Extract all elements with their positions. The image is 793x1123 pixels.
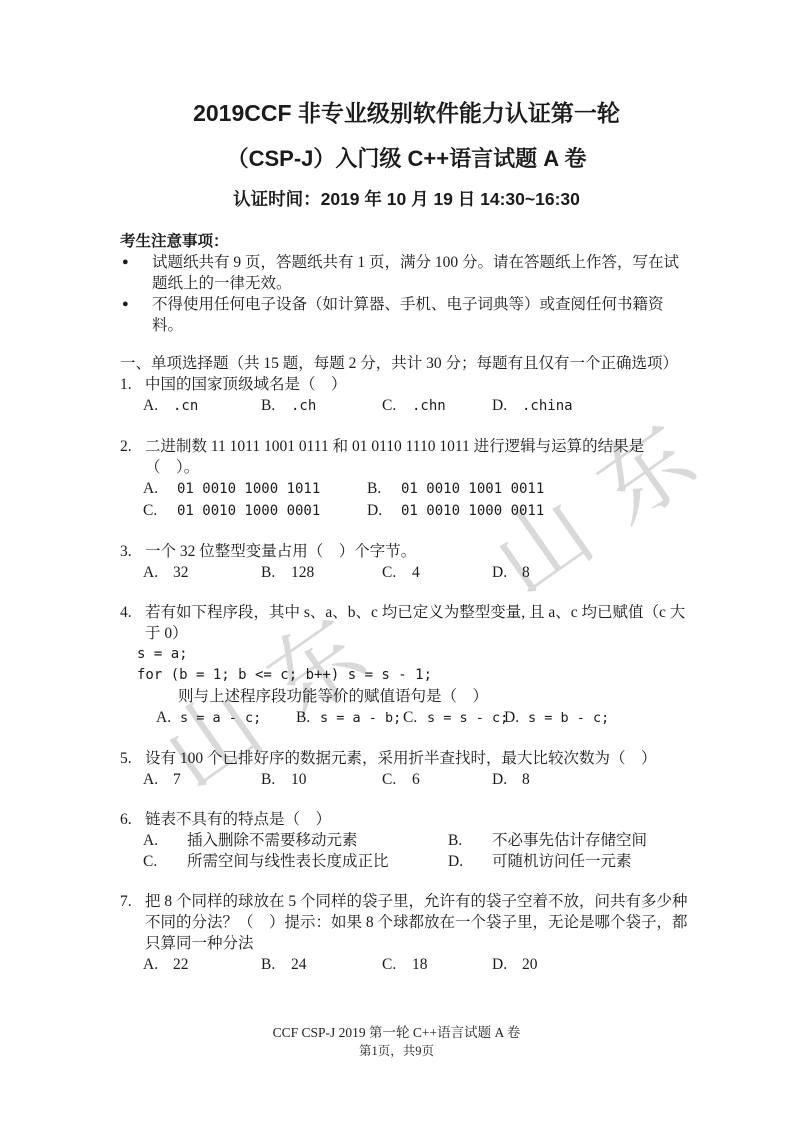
option-text: 24 <box>291 956 307 973</box>
option-text: 32 <box>173 564 189 581</box>
page-footer: CCF CSP-J 2019 第一轮 C++语言试题 A 卷 第1页，共9页 <box>0 1024 793 1060</box>
option-letter: C. <box>382 769 412 790</box>
notice-item-text: 试题纸共有 9 页，答题纸共有 1 页，满分 100 分。请在答题纸上作答，写在… <box>152 252 693 294</box>
option-b: B.10 <box>261 769 382 790</box>
question-text: 若有如下程序段，其中 s、a、b、c 均已定义为整型变量, 且 a、c 均已赋值… <box>145 602 693 644</box>
question-4: 4. 若有如下程序段，其中 s、a、b、c 均已定义为整型变量, 且 a、c 均… <box>120 602 693 729</box>
option-text: 8 <box>522 771 530 788</box>
option-d: D.8 <box>492 769 693 790</box>
option-text: 128 <box>291 564 314 581</box>
option-text: s = a - b; <box>320 710 401 726</box>
option-letter: B. <box>261 954 291 975</box>
option-text: s = a - c; <box>180 710 261 726</box>
question-text: 中国的国家顶级域名是（ ） <box>145 374 693 395</box>
option-letter: A. <box>143 830 187 851</box>
question-7: 7. 把 8 个同样的球放在 5 个同样的袋子里，允许有的袋子空着不放，问共有多… <box>120 891 693 975</box>
exam-subtitle: （CSP-J）入门级 C++语言试题 A 卷 <box>120 144 693 174</box>
option-letter: B. <box>261 769 291 790</box>
notice-section: 考生注意事项： ● 试题纸共有 9 页，答题纸共有 1 页，满分 100 分。请… <box>120 231 693 336</box>
option-text: s = s - c; <box>427 710 508 726</box>
options-row: A.22 B.24 C.18 D.20 <box>120 954 693 975</box>
option-text: 18 <box>412 956 428 973</box>
option-c: C.18 <box>382 954 492 975</box>
option-text: 01 0010 1000 0011 <box>401 503 544 519</box>
option-d: D.s = b - c; <box>504 707 609 729</box>
option-b: B.s = a - b; <box>296 707 403 729</box>
option-d: D.20 <box>492 954 693 975</box>
option-a: A.插入删除不需要移动元素 <box>143 830 448 851</box>
option-text: s = b - c; <box>528 710 609 726</box>
notice-item-text: 不得使用任何电子设备（如计算器、手机、电子词典等）或查阅任何书籍资料。 <box>152 294 693 336</box>
option-text: 可随机访问任一元素 <box>492 853 632 870</box>
question-subtext: 则与上述程序段功能等价的赋值语句是（ ） <box>178 686 693 707</box>
option-text: 20 <box>522 956 538 973</box>
notice-heading: 考生注意事项： <box>120 231 693 252</box>
option-letter: C. <box>143 851 187 872</box>
options-row: A.插入删除不需要移动元素 B.不必事先估计存储空间 C.所需空间与线性表长度成… <box>120 830 693 872</box>
bullet-icon: ● <box>120 252 152 294</box>
option-a: A.7 <box>143 769 261 790</box>
option-text: .ch <box>291 398 316 414</box>
option-letter: A. <box>143 954 173 975</box>
page-content: 2019CCF 非专业级别软件能力认证第一轮 （CSP-J）入门级 C++语言试… <box>120 98 693 975</box>
option-d: D.可随机访问任一元素 <box>448 851 693 872</box>
option-letter: D. <box>492 562 522 583</box>
question-text: 把 8 个同样的球放在 5 个同样的袋子里，允许有的袋子空着不放，问共有多少种不… <box>145 891 693 954</box>
option-letter: C. <box>382 562 412 583</box>
options-row: A..cn B..ch C..chn D..china <box>120 395 693 417</box>
option-text: 10 <box>291 771 307 788</box>
option-a: A.32 <box>143 562 261 583</box>
question-text: 设有 100 个已排好序的数据元素，采用折半查找时，最大比较次数为（ ） <box>145 748 693 769</box>
options-row: A.7 B.10 C.6 D.8 <box>120 769 693 790</box>
option-a: A.01 0010 1000 1011 <box>143 478 367 500</box>
option-letter: B. <box>261 395 291 416</box>
option-letter: D. <box>367 500 401 521</box>
option-letter: D. <box>492 769 522 790</box>
option-letter: A. <box>143 769 173 790</box>
question-text: 链表不具有的特点是（ ） <box>145 809 693 830</box>
option-text: .china <box>522 398 573 414</box>
option-a: A.s = a - c; <box>156 707 296 729</box>
option-text: 7 <box>173 771 181 788</box>
option-c: C.4 <box>382 562 492 583</box>
title-block: 2019CCF 非专业级别软件能力认证第一轮 （CSP-J）入门级 C++语言试… <box>120 98 693 211</box>
question-number: 4. <box>120 602 145 644</box>
notice-item: ● 不得使用任何电子设备（如计算器、手机、电子词典等）或查阅任何书籍资料。 <box>120 294 693 336</box>
option-text: 所需空间与线性表长度成正比 <box>187 853 389 870</box>
option-text: .chn <box>412 398 446 414</box>
options-row: A.s = a - c; B.s = a - b; C.s = s - c; D… <box>156 707 693 729</box>
option-letter: A. <box>143 395 173 416</box>
option-d: D.01 0010 1000 0011 <box>367 500 693 522</box>
option-letter: B. <box>367 478 401 499</box>
option-letter: A. <box>156 707 180 728</box>
footer-page-number: 第1页，共9页 <box>0 1042 793 1060</box>
option-text: 不必事先估计存储空间 <box>492 832 647 849</box>
option-letter: C. <box>382 954 412 975</box>
option-text: 插入删除不需要移动元素 <box>187 832 358 849</box>
bullet-icon: ● <box>120 294 152 336</box>
option-letter: A. <box>143 478 177 499</box>
option-text: 4 <box>412 564 420 581</box>
option-text: 01 0010 1001 0011 <box>401 481 544 497</box>
question-number: 6. <box>120 809 145 830</box>
option-text: 22 <box>173 956 189 973</box>
option-letter: C. <box>382 395 412 416</box>
code-line: s = a; <box>137 644 693 665</box>
option-b: B.不必事先估计存储空间 <box>448 830 693 851</box>
option-letter: B. <box>448 830 492 851</box>
question-6: 6. 链表不具有的特点是（ ） A.插入删除不需要移动元素 B.不必事先估计存储… <box>120 809 693 872</box>
option-a: A.22 <box>143 954 261 975</box>
option-text: .cn <box>173 398 198 414</box>
question-number: 7. <box>120 891 145 954</box>
option-a: A..cn <box>143 395 261 417</box>
option-letter: D. <box>448 851 492 872</box>
question-3: 3. 一个 32 位整型变量占用（ ）个字节。 A.32 B.128 C.4 D… <box>120 541 693 583</box>
option-letter: B. <box>296 707 320 728</box>
option-letter: C. <box>143 500 177 521</box>
question-2: 2. 二进制数 11 1011 1001 0111 和 01 0110 1110… <box>120 436 693 522</box>
question-number: 5. <box>120 748 145 769</box>
option-text: 01 0010 1000 0001 <box>177 503 320 519</box>
option-letter: A. <box>143 562 173 583</box>
footer-document-title: CCF CSP-J 2019 第一轮 C++语言试题 A 卷 <box>0 1024 793 1042</box>
options-row: A.32 B.128 C.4 D.8 <box>120 562 693 583</box>
question-5: 5. 设有 100 个已排好序的数据元素，采用折半查找时，最大比较次数为（ ） … <box>120 748 693 790</box>
exam-title: 2019CCF 非专业级别软件能力认证第一轮 <box>120 98 693 128</box>
option-b: B.24 <box>261 954 382 975</box>
options-row: A.01 0010 1000 1011 B.01 0010 1001 0011 … <box>120 478 693 522</box>
option-c: C.所需空间与线性表长度成正比 <box>143 851 448 872</box>
option-c: C.01 0010 1000 0001 <box>143 500 367 522</box>
code-line: for (b = 1; b <= c; b++) s = s - 1; <box>137 665 693 686</box>
option-b: B.128 <box>261 562 382 583</box>
section-heading: 一、单项选择题（共 15 题，每题 2 分，共计 30 分；每题有且仅有一个正确… <box>120 353 693 374</box>
option-d: D..china <box>492 395 693 417</box>
option-text: 01 0010 1000 1011 <box>177 481 320 497</box>
question-number: 1. <box>120 374 145 395</box>
option-b: B..ch <box>261 395 382 417</box>
option-letter: B. <box>261 562 291 583</box>
exam-page: 山东 山东 2019CCF 非专业级别软件能力认证第一轮 （CSP-J）入门级 … <box>0 0 793 1123</box>
option-letter: C. <box>403 707 427 728</box>
option-letter: D. <box>504 707 528 728</box>
option-c: C.s = s - c; <box>403 707 504 729</box>
question-text: 二进制数 11 1011 1001 0111 和 01 0110 1110 10… <box>145 436 693 478</box>
question-number: 3. <box>120 541 145 562</box>
option-letter: D. <box>492 395 522 416</box>
question-text: 一个 32 位整型变量占用（ ）个字节。 <box>145 541 693 562</box>
option-text: 6 <box>412 771 420 788</box>
question-number: 2. <box>120 436 145 478</box>
option-d: D.8 <box>492 562 693 583</box>
option-c: C.6 <box>382 769 492 790</box>
option-text: 8 <box>522 564 530 581</box>
option-letter: D. <box>492 954 522 975</box>
option-b: B.01 0010 1001 0011 <box>367 478 693 500</box>
exam-time: 认证时间：2019 年 10 月 19 日 14:30~16:30 <box>120 187 693 211</box>
question-1: 1. 中国的国家顶级域名是（ ） A..cn B..ch C..chn D..c… <box>120 374 693 417</box>
notice-item: ● 试题纸共有 9 页，答题纸共有 1 页，满分 100 分。请在答题纸上作答，… <box>120 252 693 294</box>
option-c: C..chn <box>382 395 492 417</box>
